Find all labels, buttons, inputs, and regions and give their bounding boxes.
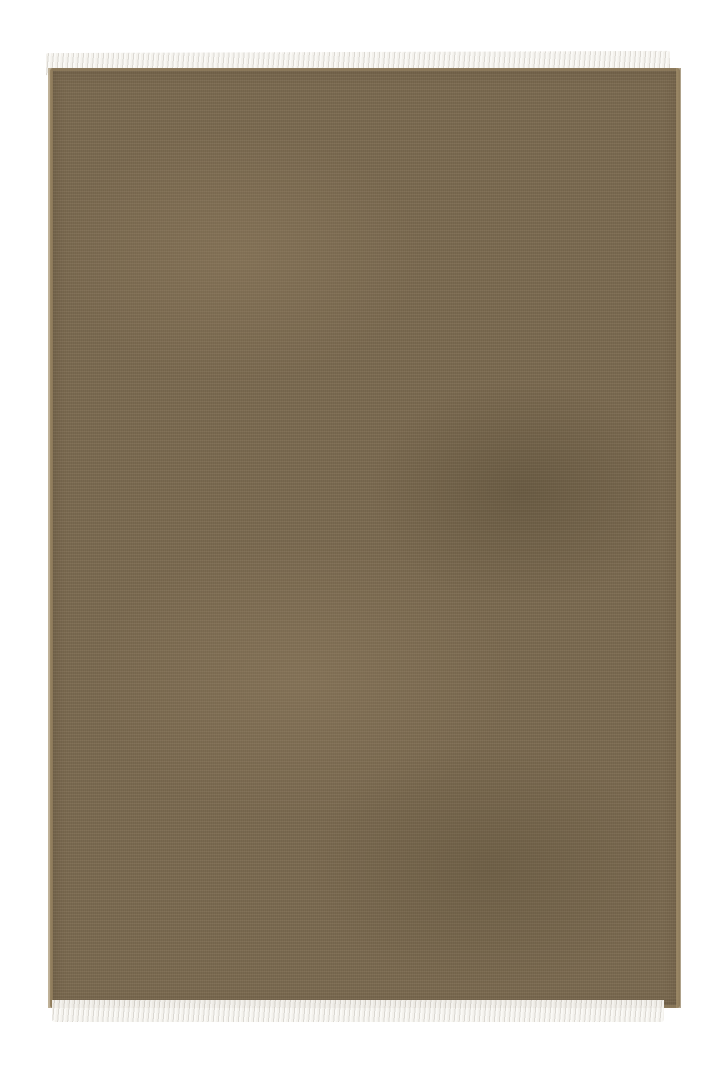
rug-bottom-fringe bbox=[52, 1000, 664, 1022]
rug-left-binding bbox=[48, 68, 53, 1008]
rug-right-binding bbox=[676, 68, 681, 1008]
product-photo bbox=[0, 0, 720, 1080]
rug-body bbox=[50, 68, 680, 1008]
